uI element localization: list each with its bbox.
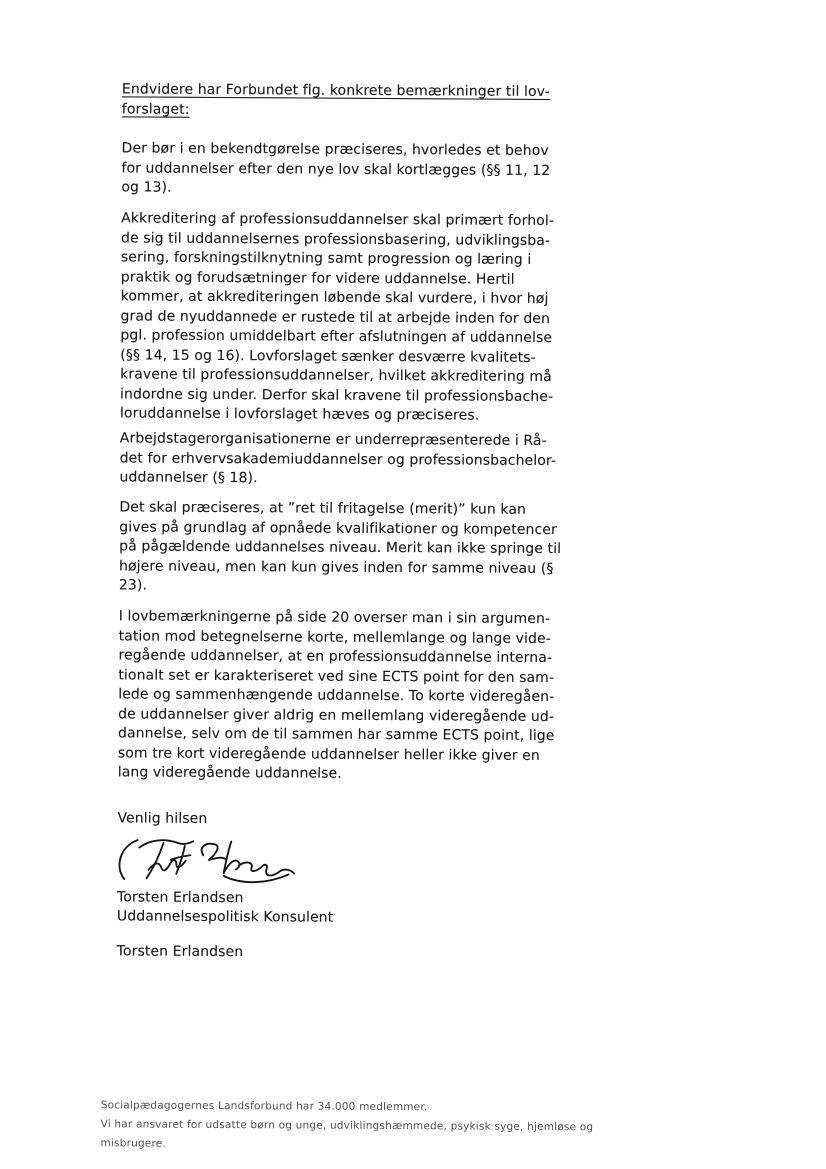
- signature-handwriting-icon: [111, 834, 297, 887]
- paragraph-ects: I lovbemærkningerne på side 20 overser m…: [118, 607, 659, 786]
- paragraph-worker-organisations: Arbejdstagerorganisationerne er underrep…: [120, 429, 660, 491]
- valediction: Venlig hilsen: [117, 809, 657, 832]
- scanned-sheet: Endvidere har Forbundet flg. konkrete be…: [0, 0, 826, 1169]
- letter-heading: Endvidere har Forbundet flg. konkrete be…: [122, 80, 662, 122]
- signer-name-repeat: Torsten Erlandsen: [117, 942, 657, 965]
- letter-page: Endvidere har Forbundet flg. konkrete be…: [0, 0, 826, 1169]
- paragraph-merit: Det skal præciseres, at ”ret til fritage…: [119, 498, 660, 599]
- letter-body: Endvidere har Forbundet flg. konkrete be…: [117, 80, 662, 965]
- signer-title: Uddannelsespolitisk Konsulent: [117, 908, 333, 925]
- footer-mission-line: Vi har ansvaret for udsatte børn og unge…: [100, 1115, 660, 1156]
- signer-name-and-title: Torsten ErlandsenUddannelsespolitisk Kon…: [117, 888, 657, 930]
- signer-name: Torsten Erlandsen: [117, 889, 244, 906]
- page-footer: Socialpædagogernes Landsforbund har 34.0…: [100, 1096, 660, 1156]
- paragraph-need-assessment: Der bør i en bekendtgørelse præciseres, …: [121, 139, 661, 201]
- paragraph-accreditation: Akkreditering af professionsuddannelser …: [120, 209, 661, 427]
